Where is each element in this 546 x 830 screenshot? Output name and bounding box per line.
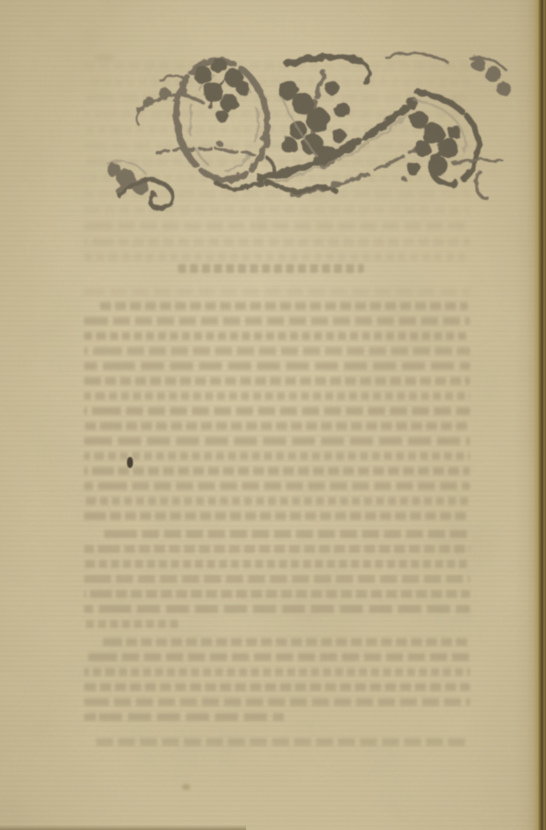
faded-text-line <box>84 590 470 598</box>
bleed-through-line <box>84 253 470 261</box>
bleed-through-line <box>84 190 470 198</box>
bottom-faint-dot <box>182 784 190 790</box>
bleed-through-line <box>84 206 470 214</box>
faded-text-line <box>84 437 470 445</box>
faded-text-line <box>84 332 470 340</box>
faded-text-line <box>84 347 470 355</box>
faded-text-line <box>84 545 470 553</box>
page-edge-shadow-right <box>514 0 546 830</box>
faded-text-line <box>84 407 470 415</box>
bleed-through-line <box>84 288 470 296</box>
faded-chapter-heading-line <box>178 264 364 273</box>
faded-text-line <box>102 638 470 646</box>
faded-text-line <box>84 575 470 583</box>
faded-text-line <box>84 392 470 400</box>
bleed-through-line <box>84 158 470 166</box>
faded-text-line <box>84 620 180 628</box>
faded-text-line <box>84 698 470 706</box>
page-edge-shadow-bottom <box>0 825 246 830</box>
bleed-through-line <box>84 222 470 230</box>
faded-text-line <box>84 317 470 325</box>
bleed-through-line <box>84 174 470 182</box>
faded-text-line <box>84 668 470 676</box>
faded-text-line <box>84 653 470 661</box>
bleed-through-line <box>84 94 470 102</box>
faded-text-line <box>84 452 470 460</box>
top-left-smudge <box>94 54 114 61</box>
faded-text-line <box>84 605 470 613</box>
faded-text-line <box>96 738 470 746</box>
faded-text-line <box>84 560 470 568</box>
faded-text-line <box>84 713 284 721</box>
faded-text-line <box>102 530 470 538</box>
faded-text-line <box>84 362 470 370</box>
ink-spot <box>127 457 133 468</box>
bleed-through-line <box>84 62 470 70</box>
faded-text-line <box>84 683 470 691</box>
bleed-through-line <box>84 126 470 134</box>
bleed-through-line <box>84 142 470 150</box>
faded-text-line <box>84 512 470 520</box>
faded-text-line <box>84 467 470 475</box>
faded-text-line <box>84 482 470 490</box>
bleed-through-line <box>84 78 470 86</box>
faded-text-line <box>100 302 468 310</box>
bleed-through-line <box>84 110 470 118</box>
faded-text-line <box>84 377 470 385</box>
bleed-through-line <box>84 238 470 246</box>
faded-text-line <box>84 497 470 505</box>
scanned-book-page <box>0 0 546 830</box>
faded-text-line <box>84 422 470 430</box>
